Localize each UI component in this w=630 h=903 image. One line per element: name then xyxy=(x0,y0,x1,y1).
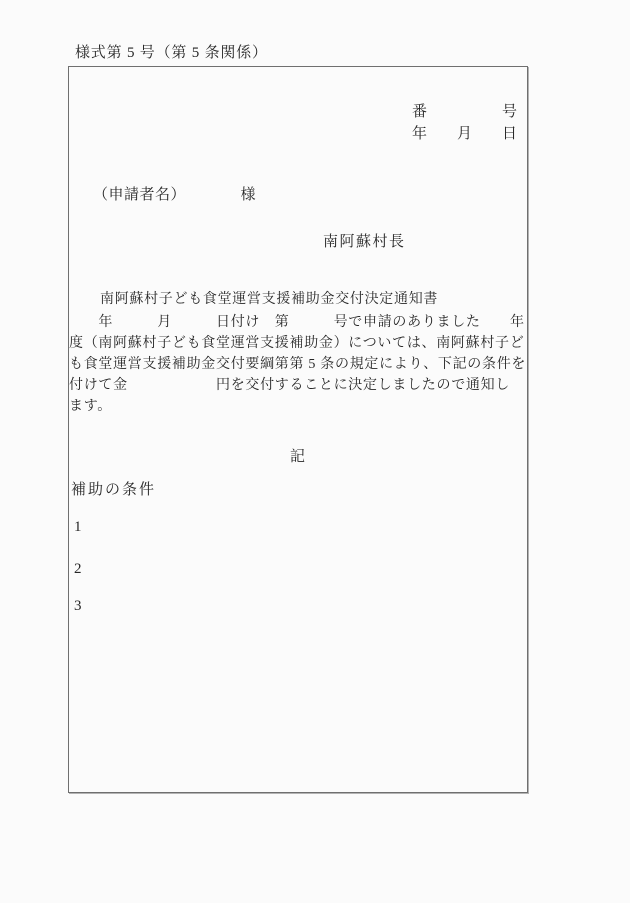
document-body-text: 年 月 日付け 第 号で申請のありました 年 度（南阿蘇村子ども食堂運営支援補助… xyxy=(69,312,529,417)
condition-item-number-2: 2 xyxy=(74,561,82,578)
document-page: 様式第 5 号（第 5 条関係） 番 号 年 月 日 （申請者名） 様 南阿蘇村… xyxy=(0,0,630,903)
addressee-field: （申請者名） 様 xyxy=(93,183,256,204)
condition-item-number-1: 1 xyxy=(74,519,82,536)
record-marker: 記 xyxy=(69,445,527,466)
form-style-label: 様式第 5 号（第 5 条関係） xyxy=(75,41,268,62)
conditions-heading: 補助の条件 xyxy=(71,478,156,499)
document-border-box: 番 号 年 月 日 （申請者名） 様 南阿蘇村長 南阿蘇村子ども食堂運営支援補助… xyxy=(68,66,528,793)
document-number-field: 番 号 xyxy=(412,100,517,121)
condition-item-number-3: 3 xyxy=(74,598,82,615)
document-title: 南阿蘇村子ども食堂運営支援補助金交付決定通知書 xyxy=(100,288,438,308)
document-date-field: 年 月 日 xyxy=(412,122,517,143)
sender-name: 南阿蘇村長 xyxy=(323,230,406,251)
